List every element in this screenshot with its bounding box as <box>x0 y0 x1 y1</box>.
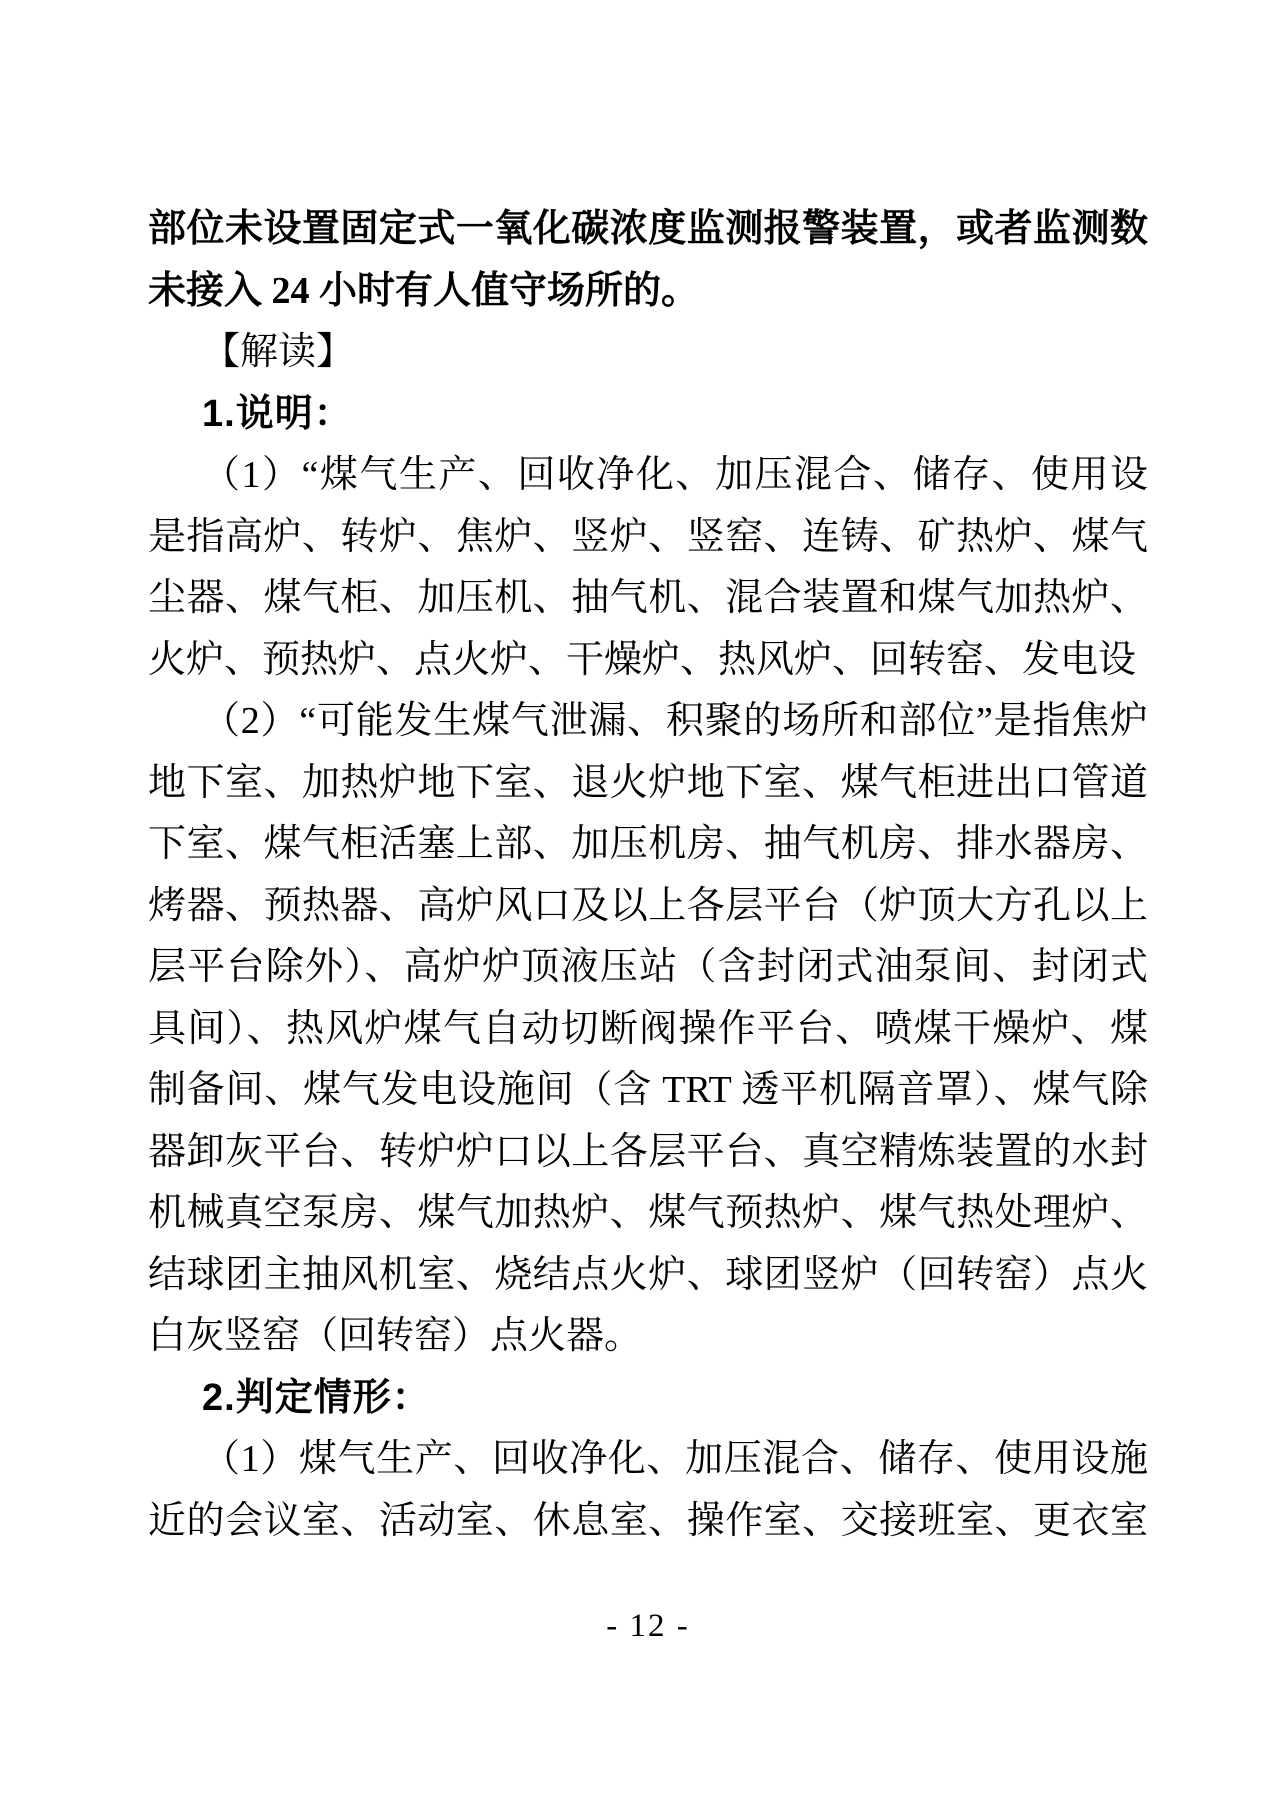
text-line: 器卸灰平台、转炉炉口以上各层平台、真空精炼装置的水封池、 <box>148 1122 1148 1184</box>
paragraph: 1.说明： <box>148 384 1148 446</box>
paragraph: 【解读】 <box>148 322 1148 384</box>
paragraph: （2）“可能发生煤气泄漏、积聚的场所和部位”是指焦炉地下室、加热炉地下室、退火炉… <box>148 691 1148 1368</box>
text-line: 下室、煤气柜活塞上部、加压机房、抽气机房、排水器房、烘 <box>148 814 1148 876</box>
text-line: （2）“可能发生煤气泄漏、积聚的场所和部位”是指焦炉 <box>148 691 1148 753</box>
text-line: 尘器、煤气柜、加压机、抽气机、混合装置和煤气加热炉、退 <box>148 568 1148 630</box>
text-line: 是指高炉、转炉、焦炉、竖炉、竖窑、连铸、矿热炉、煤气除 <box>148 507 1148 569</box>
text-line: 近的会议室、活动室、休息室、操作室、交接班室、更衣室未 <box>148 1491 1148 1553</box>
text-line: （1）“煤气生产、回收净化、加压混合、储存、使用设施” <box>148 445 1148 507</box>
text-line: 2.判定情形： <box>148 1368 1148 1430</box>
text-line: 具间）、热风炉煤气自动切断阀操作平台、喷煤干燥炉、煤粉 <box>148 999 1148 1061</box>
text-line: 未接入 24 小时有人值守场所的。 <box>148 261 1148 323</box>
text-line: 地下室、加热炉地下室、退火炉地下室、煤气柜进出口管道地 <box>148 753 1148 815</box>
text-line: （1）煤气生产、回收净化、加压混合、储存、使用设施附 <box>148 1429 1148 1491</box>
paragraph: （1）煤气生产、回收净化、加压混合、储存、使用设施附近的会议室、活动室、休息室、… <box>148 1429 1148 1552</box>
text-line: 层平台除外）、高炉炉顶液压站（含封闭式油泵间、封闭式工 <box>148 937 1148 999</box>
text-content: 部位未设置固定式一氧化碳浓度监测报警装置，或者监测数据未接入 24 小时有人值守… <box>148 199 1148 1552</box>
text-line: 结球团主抽风机室、烧结点火炉、球团竖炉（回转窑）点火器、 <box>148 1245 1148 1307</box>
page-number: - 12 - <box>148 1606 1148 1646</box>
text-line: 火炉、预热炉、点火炉、干燥炉、热风炉、回转窑、发电设施。 <box>148 630 1148 692</box>
text-line: 制备间、煤气发电设施间（含 TRT 透平机隔音罩）、煤气除尘 <box>148 1060 1148 1122</box>
text-line: 1.说明： <box>148 384 1148 446</box>
paragraph: 2.判定情形： <box>148 1368 1148 1430</box>
text-line: 烤器、预热器、高炉风口及以上各层平台（炉顶大方孔以上各 <box>148 876 1148 938</box>
paragraph: 部位未设置固定式一氧化碳浓度监测报警装置，或者监测数据未接入 24 小时有人值守… <box>148 199 1148 322</box>
text-line: 白灰竖窑（回转窑）点火器。 <box>148 1306 1148 1368</box>
text-line: 【解读】 <box>148 322 1148 384</box>
text-line: 部位未设置固定式一氧化碳浓度监测报警装置，或者监测数据 <box>148 199 1148 261</box>
document-page: 部位未设置固定式一氧化碳浓度监测报警装置，或者监测数据未接入 24 小时有人值守… <box>0 0 1280 1810</box>
text-line: 机械真空泵房、煤气加热炉、煤气预热炉、煤气热处理炉、烧 <box>148 1183 1148 1245</box>
paragraph: （1）“煤气生产、回收净化、加压混合、储存、使用设施”是指高炉、转炉、焦炉、竖炉… <box>148 445 1148 691</box>
